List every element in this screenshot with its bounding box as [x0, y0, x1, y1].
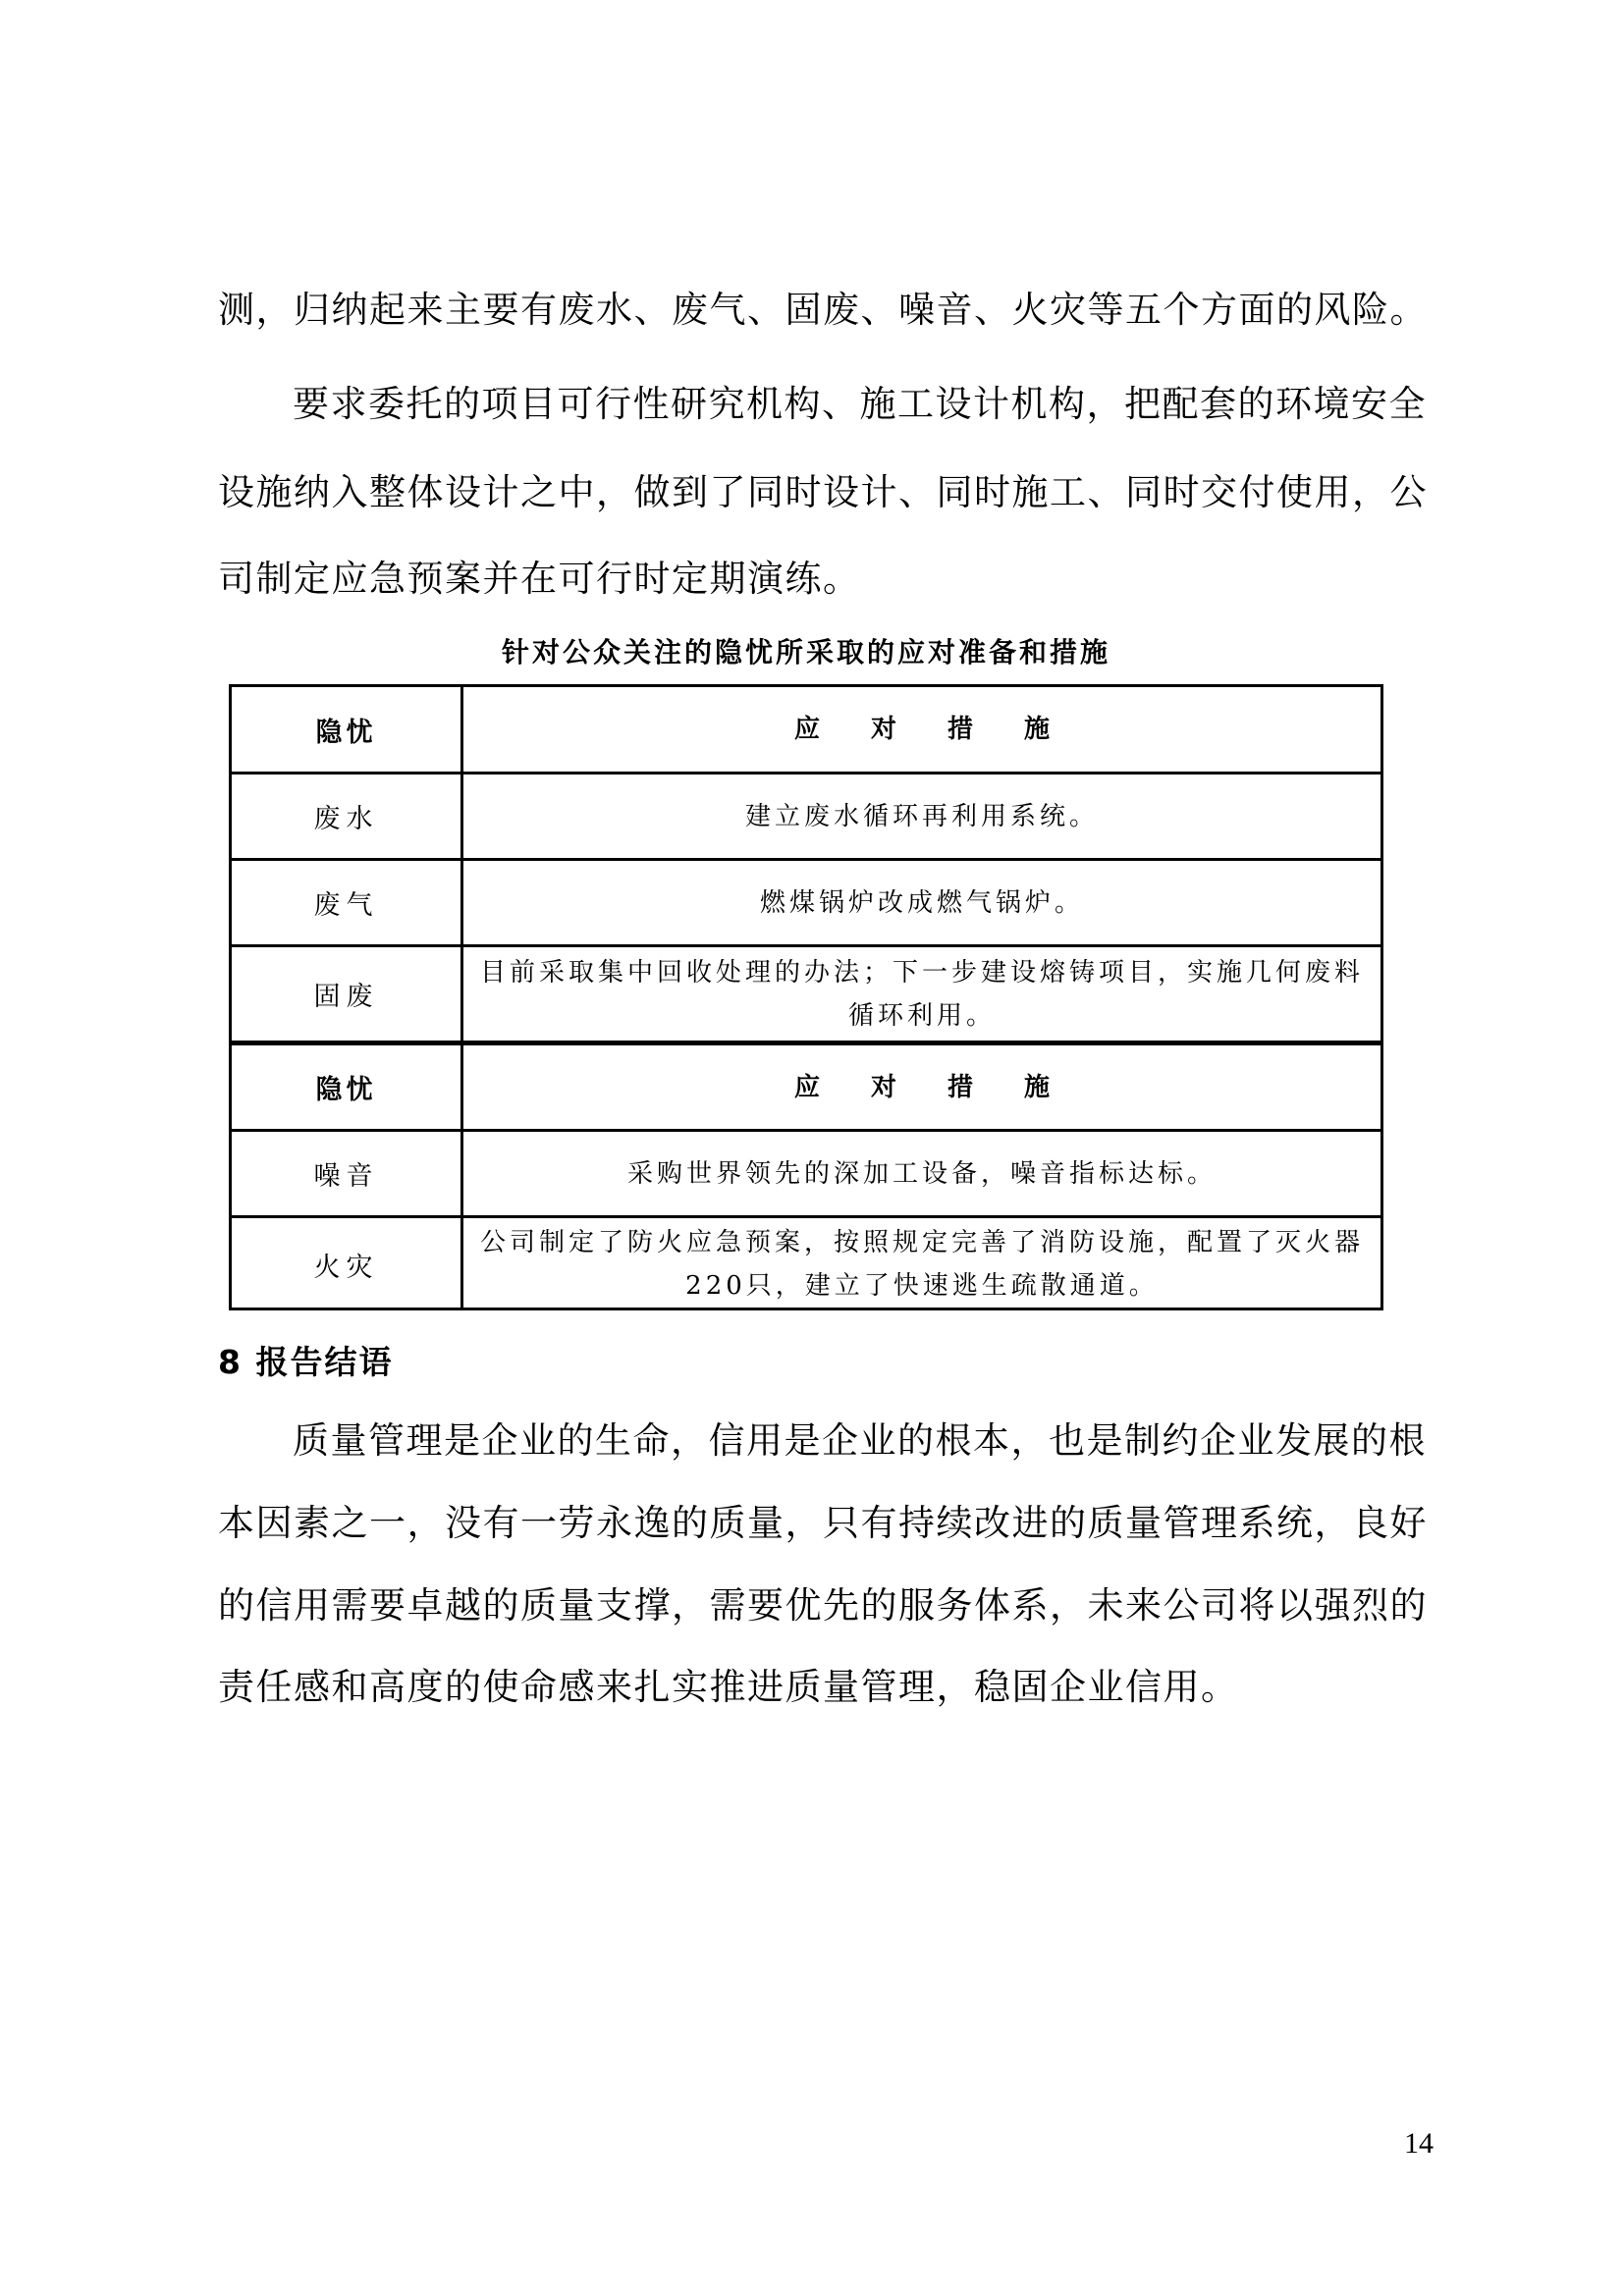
header-measure: 应对措施: [463, 687, 1380, 772]
risk-cell: 废水: [232, 774, 463, 858]
page-number: 14: [1404, 2126, 1434, 2162]
table-header-row: 隐忧 应对措施: [232, 687, 1380, 774]
header-risk: 隐忧: [232, 1045, 463, 1129]
conclusion-paragraph-line: 责任感和高度的使命感来扎实推进质量管理，稳固企业信用。: [218, 1666, 1455, 1709]
table-row: 固废 目前采取集中回收处理的办法；下一步建设熔铸项目，实施几何废料循环利用。: [232, 947, 1380, 1045]
table-row: 废水 建立废水循环再利用系统。: [232, 774, 1380, 861]
header-measure: 应对措施: [463, 1045, 1380, 1129]
measure-cell: 公司制定了防火应急预案，按照规定完善了消防设施，配置了灭火器220只，建立了快速…: [463, 1218, 1380, 1310]
table-row: 噪音 采购世界领先的深加工设备，噪音指标达标。: [232, 1132, 1380, 1218]
measure-cell: 燃煤锅炉改成燃气锅炉。: [463, 861, 1380, 944]
risk-cell: 噪音: [232, 1132, 463, 1215]
table-row: 火灾 公司制定了防火应急预案，按照规定完善了消防设施，配置了灭火器220只，建立…: [232, 1218, 1380, 1310]
intro-paragraph-line: 要求委托的项目可行性研究机构、施工设计机构，把配套的环境安全: [293, 383, 1530, 426]
section-heading: 8 报告结语: [218, 1341, 393, 1384]
intro-paragraph-line: 设施纳入整体设计之中，做到了同时设计、同时施工、同时交付使用，公: [218, 471, 1455, 514]
table-caption: 针对公众关注的隐忧所采取的应对准备和措施: [229, 631, 1383, 674]
risk-cell: 固废: [232, 947, 463, 1041]
measure-cell: 目前采取集中回收处理的办法；下一步建设熔铸项目，实施几何废料循环利用。: [463, 947, 1380, 1041]
conclusion-paragraph-line: 的信用需要卓越的质量支撑，需要优先的服务体系，未来公司将以强烈的: [218, 1584, 1455, 1628]
table-header-row: 隐忧 应对措施: [232, 1045, 1380, 1132]
measure-cell: 采购世界领先的深加工设备，噪音指标达标。: [463, 1132, 1380, 1215]
conclusion-paragraph-line: 本因素之一，没有一劳永逸的质量，只有持续改进的质量管理系统，良好: [218, 1502, 1455, 1545]
risk-measures-table: 隐忧 应对措施 废水 建立废水循环再利用系统。 废气 燃煤锅炉改成燃气锅炉。 固…: [229, 684, 1383, 1310]
risk-cell: 火灾: [232, 1218, 463, 1310]
risk-cell: 废气: [232, 861, 463, 944]
table-row: 废气 燃煤锅炉改成燃气锅炉。: [232, 861, 1380, 947]
intro-paragraph-line: 测，归纳起来主要有废水、废气、固废、噪音、火灾等五个方面的风险。: [218, 289, 1455, 332]
header-risk: 隐忧: [232, 687, 463, 772]
conclusion-paragraph-line: 质量管理是企业的生命，信用是企业的根本，也是制约企业发展的根: [293, 1419, 1530, 1463]
intro-paragraph-line: 司制定应急预案并在可行时定期演练。: [218, 558, 1455, 601]
document-page: 测，归纳起来主要有废水、废气、固废、噪音、火灾等五个方面的风险。 要求委托的项目…: [0, 0, 1624, 2296]
measure-cell: 建立废水循环再利用系统。: [463, 774, 1380, 858]
